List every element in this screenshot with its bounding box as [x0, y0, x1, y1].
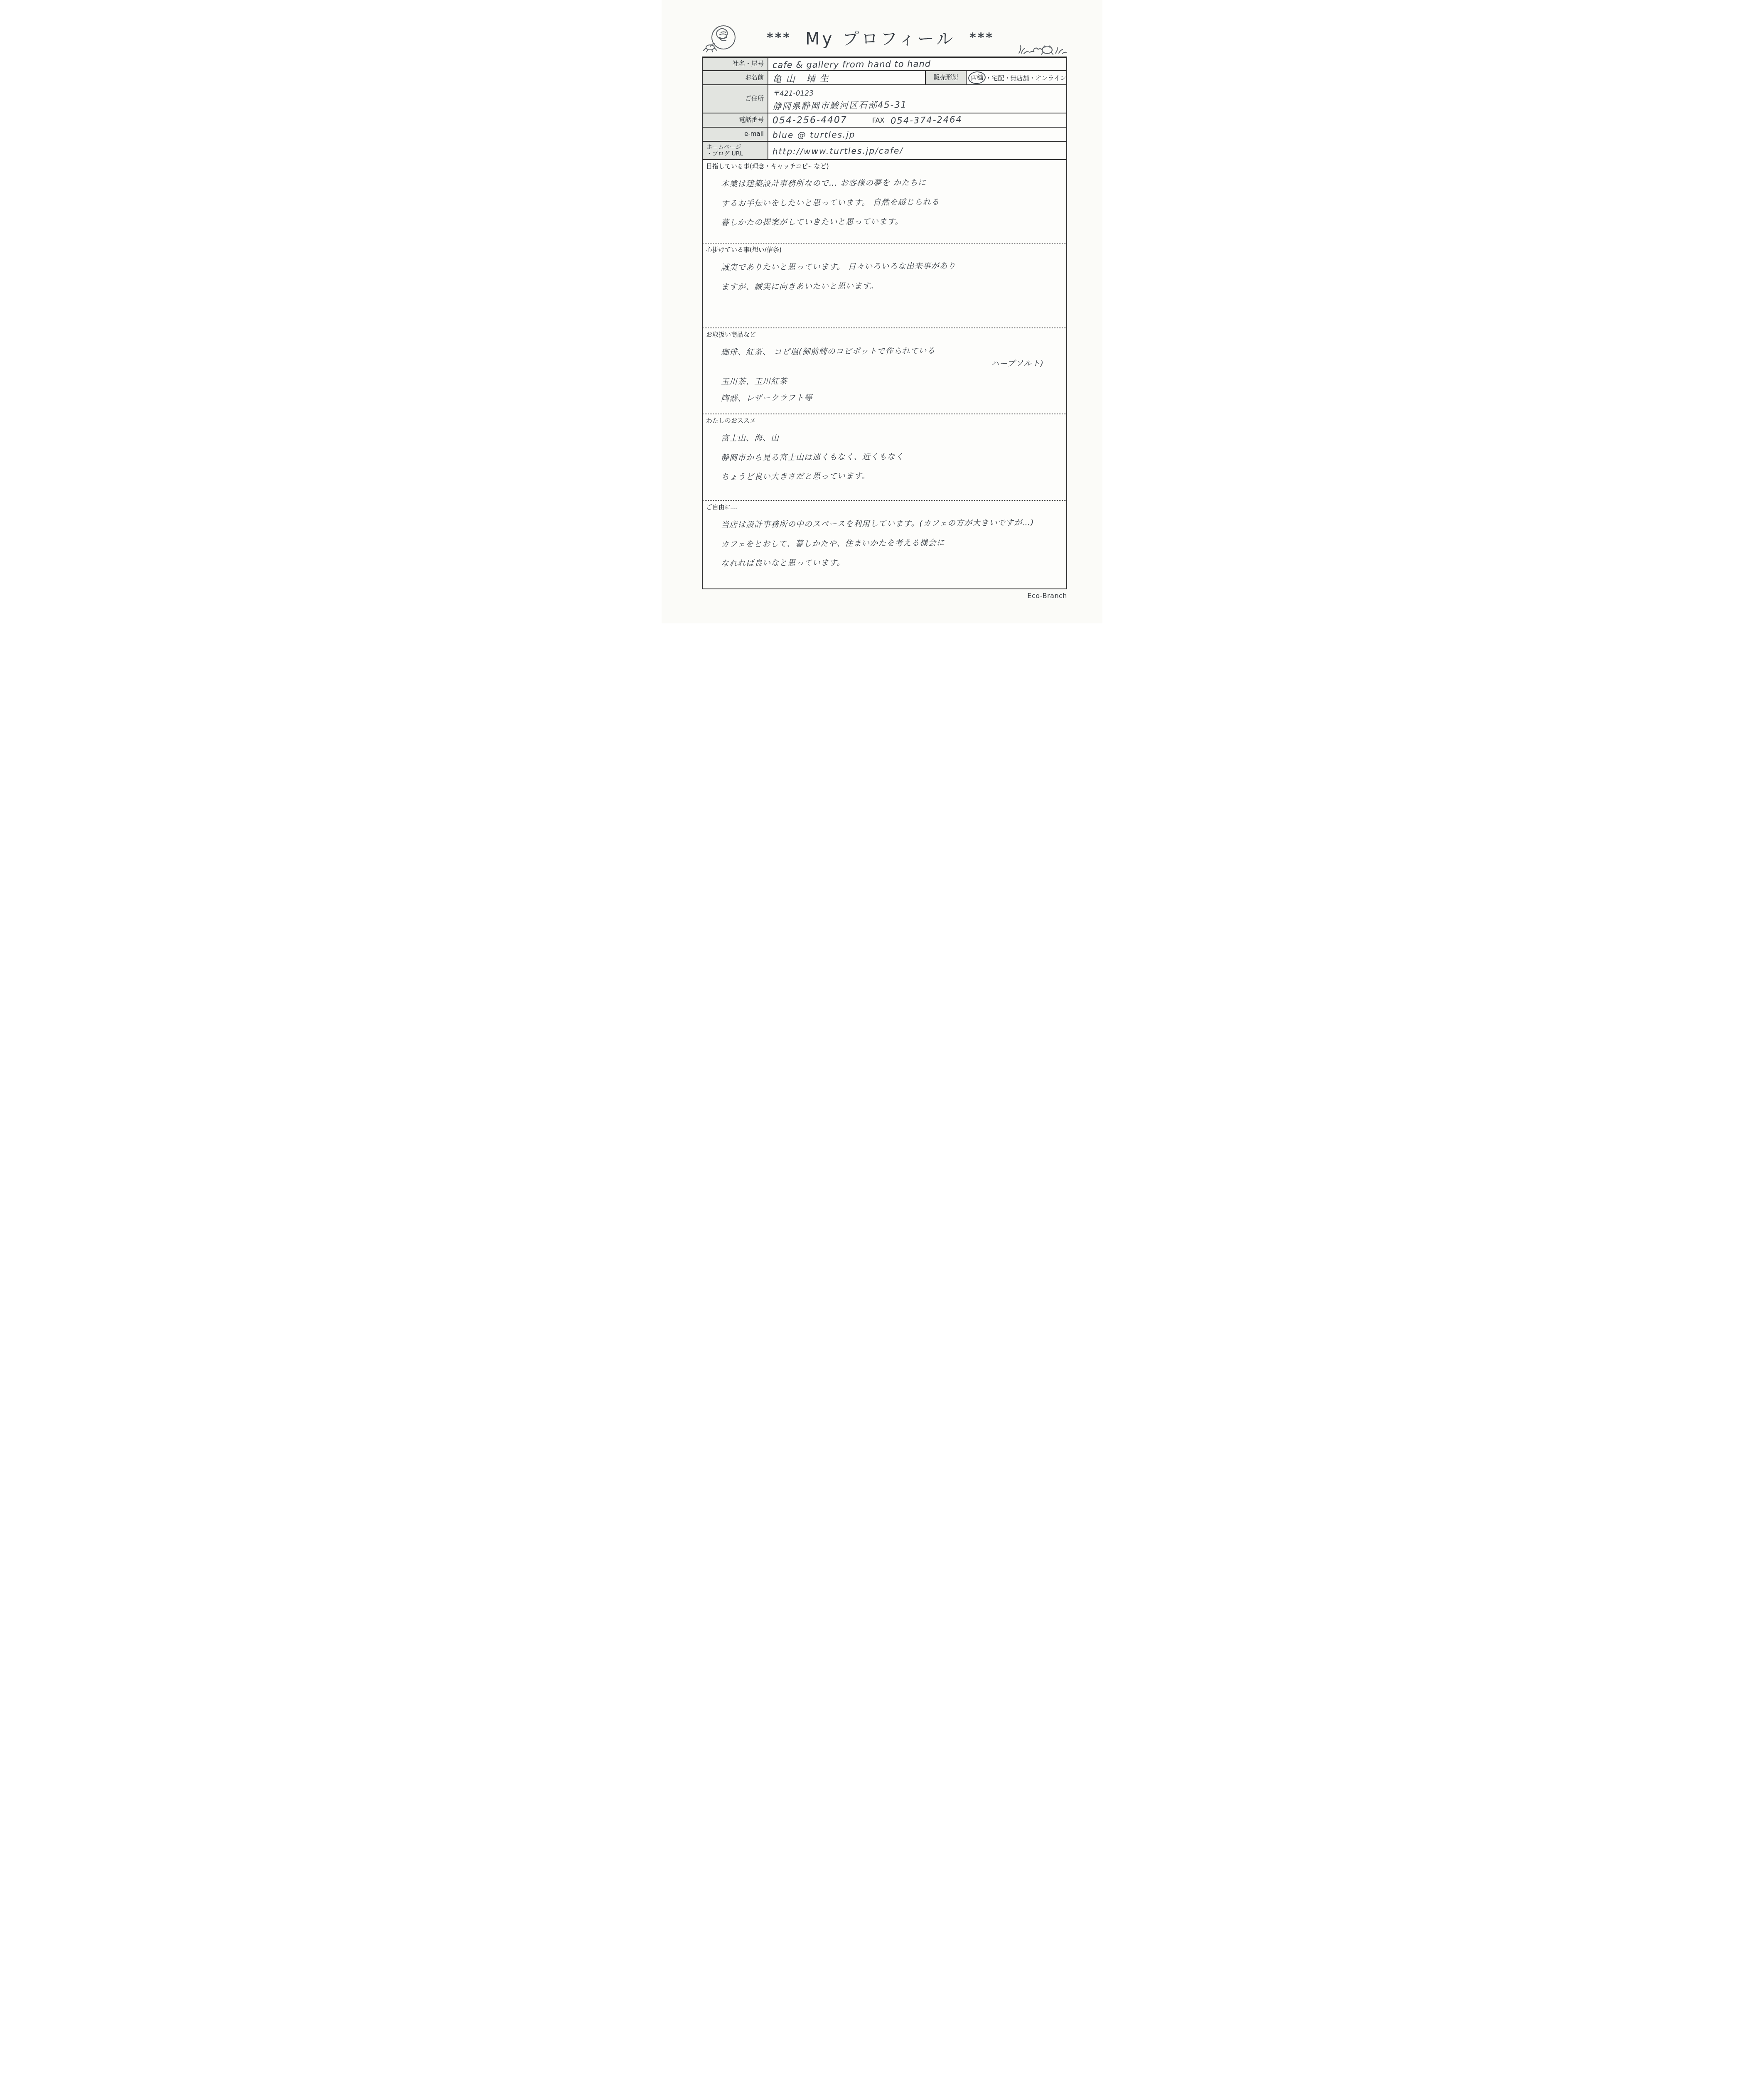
handwritten-line: ちょうど良い大きさだと思っています。 [721, 470, 1056, 483]
footer-brand: Eco-Branch [1027, 592, 1067, 600]
row-email: e-mail blue @ turtles.jp [703, 128, 1066, 142]
handwritten-line: 本業は建築設計事務所なので… お客様の夢を かたちに [721, 177, 1056, 190]
website-label-line2: ・ブログ URL [706, 150, 743, 157]
handwritten-line: 玉川茶、玉川紅茶 [721, 374, 1056, 387]
section-free-comment: ご自由に… 当店は設計事務所の中のスペースを利用しています。(カフェの方が大きい… [703, 500, 1066, 588]
turtle-logo [702, 22, 743, 56]
name-label: お名前 [703, 71, 768, 84]
scanned-profile-form: *** My プロフィール *** 社名・屋号 cafe & gallery f… [662, 0, 1102, 623]
profile-table: 社名・屋号 cafe & gallery from hand to hand お… [702, 57, 1067, 589]
section-products-heading: お取扱い商品など [703, 328, 1066, 340]
sales-option-circled: 店舗 [968, 71, 986, 85]
address-value: 〒421-0123 静岡県静岡市駿河区石部45-31 [773, 87, 907, 111]
sales-format-label: 販売形態 [925, 71, 967, 84]
section-products: お取扱い商品など 珈琲、紅茶、 コピ塩(御前崎のコピポットで作られている ハーブ… [703, 327, 1066, 414]
company-label: 社名・屋号 [703, 58, 768, 70]
email-value: blue @ turtles.jp [768, 127, 1066, 142]
row-company: 社名・屋号 cafe & gallery from hand to hand [703, 58, 1066, 71]
fax-label: FAX [872, 116, 885, 124]
email-label: e-mail [703, 128, 768, 141]
sales-format-options: 店舗・宅配・無店舗・オンライン [967, 71, 1066, 84]
fax-value: 054-374-2464 [890, 114, 962, 126]
handwritten-line: 当店は設計事務所の中のスペースを利用しています。(カフェの方が大きいですが…) [721, 517, 1056, 530]
handwritten-line: ますが、誠実に向きあいたいと思います。 [721, 280, 1056, 293]
website-value: http://www.turtles.jp/cafe/ [768, 140, 1066, 160]
handwritten-line: 暮しかたの提案がしていきたいと思っています。 [721, 215, 1056, 228]
handwritten-line: ハーブソルト) [721, 358, 1056, 371]
section-recommendations-heading: わたしのおススメ [703, 414, 1066, 426]
frog-illustration [1017, 35, 1067, 56]
postal-code: 〒421-0123 [773, 86, 907, 98]
section-principles: 心掛けている事(想い/信条) 誠実でありたいと思っています。 日々いろいろな出来… [703, 243, 1066, 327]
handwritten-line: 陶器、レザークラフト等 [721, 391, 1056, 404]
company-value: cafe & gallery from hand to hand [768, 57, 1066, 71]
section-principles-heading: 心掛けている事(想い/信条) [703, 244, 1066, 255]
phone-value: 054-256-4407 [773, 115, 847, 126]
handwritten-line: するお手伝いをしたいと思っています。 自然を感じられる [721, 196, 1056, 209]
row-address: ご住所 〒421-0123 静岡県静岡市駿河区石部45-31 [703, 85, 1066, 113]
handwritten-line: 誠実でありたいと思っています。 日々いろいろな出来事があり [721, 260, 1056, 273]
website-label: ホームページ ・ブログ URL [703, 142, 768, 159]
section-goals-heading: 目指している事(理念・キャッチコピーなど) [703, 160, 1066, 171]
title-stars-right: *** [969, 30, 994, 45]
phone-label: 電話番号 [703, 113, 768, 127]
website-label-line1: ホームページ [706, 144, 741, 150]
address-label: ご住所 [703, 85, 768, 113]
sales-options-rest: ・宅配・無店舗・オンライン [985, 74, 1066, 82]
name-value: 亀山 靖生 [768, 70, 925, 85]
section-recommendations: わたしのおススメ 富士山、海、山 静岡市から見る富士山は遠くもなく、近くもなく … [703, 414, 1066, 500]
section-goals: 目指している事(理念・キャッチコピーなど) 本業は建築設計事務所なので… お客様… [703, 160, 1066, 243]
section-free-comment-heading: ご自由に… [703, 501, 1066, 512]
title-text: My プロフィール [805, 26, 955, 49]
row-name-sales: お名前 亀山 靖生 販売形態 店舗・宅配・無店舗・オンライン [703, 71, 1066, 85]
title-stars-left: *** [767, 30, 791, 45]
handwritten-line: 珈琲、紅茶、 コピ塩(御前崎のコピポットで作られている [721, 345, 1056, 358]
handwritten-line: カフェをとおして、暮しかたや、住まいかたを考える機会に [721, 537, 1056, 550]
handwritten-line: なれれば良いなと思っています。 [721, 556, 1056, 569]
row-website: ホームページ ・ブログ URL http://www.turtles.jp/ca… [703, 142, 1066, 160]
page-title: *** My プロフィール *** [743, 26, 1017, 52]
phone-fax-value: 054-256-4407 FAX 054-374-2464 [768, 113, 1066, 127]
form-header: *** My プロフィール *** [702, 22, 1067, 56]
handwritten-line: 静岡市から見る富士山は遠くもなく、近くもなく [721, 451, 1056, 463]
handwritten-line: 富士山、海、山 [721, 431, 1056, 444]
row-phone: 電話番号 054-256-4407 FAX 054-374-2464 [703, 113, 1066, 128]
address-line: 静岡県静岡市駿河区石部45-31 [773, 98, 907, 112]
